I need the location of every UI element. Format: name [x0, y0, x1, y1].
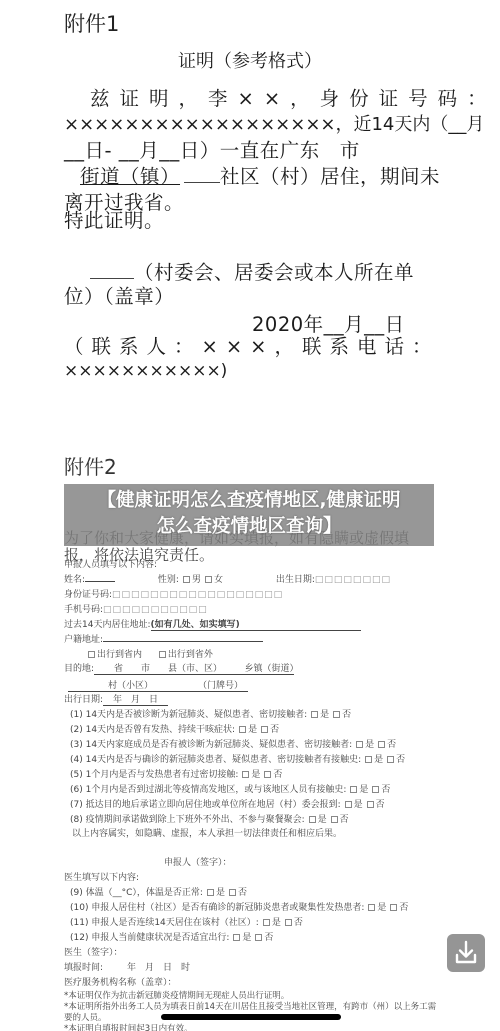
- no-checkbox[interactable]: [390, 904, 397, 911]
- question-text: (11) 申报人是否连续14天居住在该村（社区）:: [70, 918, 259, 928]
- no-label: 否: [342, 710, 351, 720]
- yes-label: 是: [365, 740, 374, 750]
- no-checkbox[interactable]: [378, 741, 385, 748]
- yes-label: 是: [216, 888, 225, 898]
- article-title-line-2: 怎么查疫情地区查询】: [64, 514, 434, 540]
- contact-line: （联系人：×××，联系电话：: [64, 334, 440, 360]
- attachment2-heading: 附件2: [64, 451, 117, 480]
- question-6: (6) 1个月内是否到过湖北等疫情高发地区，或与该地区人员有接触史:是否: [70, 782, 390, 795]
- no-label: 否: [264, 933, 273, 943]
- question-8: (8) 疫情期间承诺做到除上下班外不外出、不参与聚餐聚会:是否: [70, 812, 349, 825]
- no-label: 否: [381, 785, 390, 795]
- name-row: 姓名: 性别:男女 出生日期:□□□□□□□□: [64, 572, 391, 585]
- yes-label: 是: [320, 710, 329, 720]
- no-label: 否: [294, 918, 303, 928]
- no-checkbox[interactable]: [264, 771, 271, 778]
- depart-parts: 年 月 日: [103, 692, 168, 706]
- id-label: 身份证号码:: [64, 590, 112, 600]
- id-boxes: □□□□□□□□□□□□□□□□□□: [112, 590, 283, 600]
- cert-line-6: 特此证明。: [64, 208, 164, 234]
- attachment1-title: 证明（参考格式）: [0, 47, 500, 73]
- doctor-section-label: 医生填写以下内容:: [64, 870, 139, 883]
- id-row: 身份证号码:□□□□□□□□□□□□□□□□□□: [64, 587, 283, 600]
- yes-checkbox[interactable]: [345, 801, 352, 808]
- birth-boxes: □□□□□□□□: [315, 575, 391, 585]
- destination-label: 目的地:: [64, 664, 94, 674]
- signature-text: （村委会、居委会或本人所在单: [134, 261, 414, 284]
- in-province-checkbox[interactable]: [88, 651, 95, 658]
- question-4: (4) 14天内是否与确诊的新冠肺炎患者、疑似患者、密切接触者有接触史:是否: [70, 752, 405, 765]
- birth-label: 出生日期:: [276, 575, 315, 585]
- no-checkbox[interactable]: [367, 801, 374, 808]
- no-checkbox[interactable]: [229, 889, 236, 896]
- question-10: (10) 申报人居住村（社区）是否有确诊的新冠肺炎患者或聚集性发热患者:是否: [70, 900, 408, 913]
- institution-row: 医疗服务机构名称（盖章）：: [64, 975, 177, 988]
- phone-label: 手机号码:: [64, 605, 103, 615]
- no-label: 否: [273, 770, 282, 780]
- question-text: (12) 申报人当前健康状况是否适宜出行:: [70, 933, 229, 943]
- village-row: 村（小区） （门牌号）: [68, 678, 248, 692]
- question-3: (3) 14天内家庭成员是否有被诊断为新冠肺炎、疑似患者、密切接触者:是否: [70, 737, 396, 750]
- male-checkbox[interactable]: [183, 576, 190, 583]
- household-label: 户籍地址:: [64, 635, 103, 645]
- home-indicator[interactable]: [161, 1014, 341, 1020]
- no-checkbox[interactable]: [255, 934, 262, 941]
- question-7: (7) 抵达目的地后承诺立即向居住地或单位所在地居（村）委会报到:是否: [70, 797, 385, 810]
- travel-row: 出行到省内 出行到省外: [84, 647, 213, 660]
- no-label: 否: [270, 725, 279, 735]
- no-checkbox[interactable]: [333, 711, 340, 718]
- no-checkbox[interactable]: [387, 756, 394, 763]
- yes-label: 是: [377, 903, 386, 913]
- yes-checkbox[interactable]: [365, 756, 372, 763]
- depart-label: 出行日期:: [64, 695, 103, 705]
- contact-phone: ×××××××××××): [64, 358, 227, 384]
- fill-time-row: 填报时间:年 月 日 时: [64, 960, 190, 973]
- yes-checkbox[interactable]: [239, 726, 246, 733]
- question-text: (4) 14天内是否与确诊的新冠肺炎患者、疑似患者、密切接触者有接触史:: [70, 755, 361, 765]
- no-label: 否: [376, 800, 385, 810]
- name-label: 姓名:: [64, 575, 85, 585]
- question-12: (12) 申报人当前健康状况是否适宜出行:是否: [70, 930, 273, 943]
- declaration-text: 以上内容属实，如隐瞒、虚报，本人承担一切法律责任和相应后果。: [72, 826, 342, 839]
- no-checkbox[interactable]: [261, 726, 268, 733]
- gender-label: 性别:: [158, 575, 179, 585]
- address14-hint: (如有几处、如实填写): [151, 617, 361, 631]
- fill-time-label: 填报时间:: [64, 963, 103, 973]
- applicant-section-label: 申报人员填写以下内容:: [64, 557, 157, 570]
- cert-line-4: 街道（镇）社区（村）居住，期间未: [64, 164, 440, 190]
- address14-label: 过去14天内居住地址:: [64, 620, 151, 630]
- signature-line: （村委会、居委会或本人所在单: [90, 260, 414, 286]
- no-label: 否: [387, 740, 396, 750]
- cert-line-1: 兹证明，李××，身份证号码：: [90, 86, 497, 112]
- address14-row: 过去14天内居住地址:(如有几处、如实填写): [64, 617, 361, 631]
- question-text: (10) 申报人居住村（社区）是否有确诊的新冠肺炎患者或聚集性发热患者:: [70, 903, 364, 913]
- yes-checkbox[interactable]: [368, 904, 375, 911]
- yes-label: 是: [354, 800, 363, 810]
- yes-checkbox[interactable]: [311, 711, 318, 718]
- declaration-form: 申报人员填写以下内容: 姓名: 性别:男女 出生日期:□□□□□□□□ 身份证号…: [64, 557, 444, 1007]
- out-province-label: 出行到省外: [168, 650, 213, 660]
- question-text: (6) 1个月内是否到过湖北等疫情高发地区，或与该地区人员有接触史:: [70, 785, 346, 795]
- no-checkbox[interactable]: [285, 919, 292, 926]
- question-text: (5) 1个月内是否与发热患者有过密切接触:: [70, 770, 238, 780]
- depart-row: 出行日期:年 月 日: [64, 692, 168, 706]
- attachment1-body: 兹证明，李××，身份证号码： ××××××××××××××××××，近14天内（…: [64, 86, 436, 446]
- question-text: (1) 14天内是否被诊断为新冠肺炎、疑似患者、密切接触者:: [70, 710, 307, 720]
- question-text: (7) 抵达目的地后承诺立即向居住地或单位所在地居（村）委会报到:: [70, 800, 341, 810]
- doctor-signature: 医生（签字）：: [64, 945, 123, 958]
- no-label: 否: [340, 815, 349, 825]
- download-button[interactable]: [447, 934, 485, 972]
- question-text: (2) 14天内是否曾有发热、持续干咳症状:: [70, 725, 235, 735]
- street-town: 街道（镇）: [64, 165, 184, 188]
- in-province-label: 出行到省内: [97, 650, 142, 660]
- article-title-line-1: 【健康证明怎么查疫情地区,健康证明: [64, 488, 434, 514]
- article-title-overlay: 【健康证明怎么查疫情地区,健康证明 怎么查疫情地区查询】: [64, 484, 434, 546]
- no-label: 否: [396, 755, 405, 765]
- no-checkbox[interactable]: [372, 786, 379, 793]
- yes-checkbox[interactable]: [356, 741, 363, 748]
- household-row: 户籍地址:: [64, 632, 263, 645]
- male-label: 男: [192, 575, 201, 585]
- yes-checkbox[interactable]: [242, 771, 249, 778]
- note-4: *本证明自填报时间起3日内有效。: [64, 1022, 193, 1031]
- female-label: 女: [214, 575, 223, 585]
- yes-checkbox[interactable]: [263, 919, 270, 926]
- destination-row: 目的地:省 市 县（市、区） 乡镇（街道）: [64, 661, 294, 675]
- destination-parts: 省 市 县（市、区） 乡镇（街道）: [94, 661, 294, 675]
- question-text: (8) 疫情期间承诺做到除上下班外不外出、不参与聚餐聚会:: [70, 815, 305, 825]
- village-parts: 村（小区） （门牌号）: [68, 678, 248, 692]
- question-2: (2) 14天内是否曾有发热、持续干咳症状:是否: [70, 722, 279, 735]
- applicant-signature: 申报人（签字）：: [164, 855, 232, 868]
- community-text: 社区（村）居住，期间未: [220, 165, 440, 188]
- cert-line-2: ××××××××××××××××××，近14天内（__月: [64, 112, 484, 138]
- question-text: (3) 14天内家庭成员是否有被诊断为新冠肺炎、疑似患者、密切接触者:: [70, 740, 352, 750]
- signature-line-2: 位）（盖章）: [64, 284, 174, 310]
- download-icon: [447, 934, 485, 972]
- yes-checkbox[interactable]: [233, 934, 240, 941]
- no-label: 否: [399, 903, 408, 913]
- yes-label: 是: [251, 770, 260, 780]
- cert-line-3: __日- __月__日）一直在广东 市: [64, 138, 360, 164]
- phone-row: 手机号码:□□□□□□□□□□□: [64, 602, 208, 615]
- no-label: 否: [238, 888, 247, 898]
- question-11: (11) 申报人是否连续14天居住在该村（社区）:是否: [70, 915, 303, 928]
- yes-checkbox[interactable]: [350, 786, 357, 793]
- note-2: *本证明所指外出务工人员为填表日前14天在川居住且接受当地社区管理，有跨市（州）…: [64, 1000, 436, 1012]
- question-text: (9) 体温（__°C），体温是否正常:: [70, 888, 203, 898]
- question-1: (1) 14天内是否被诊断为新冠肺炎、疑似患者、密切接触者:是否: [70, 707, 351, 720]
- female-checkbox[interactable]: [205, 576, 212, 583]
- attachment1-heading: 附件1: [64, 8, 119, 38]
- question-9: (9) 体温（__°C），体温是否正常:是否: [70, 885, 247, 898]
- question-5: (5) 1个月内是否与发热患者有过密切接触:是否: [70, 767, 282, 780]
- yes-label: 是: [359, 785, 368, 795]
- no-checkbox[interactable]: [331, 816, 338, 823]
- yes-label: 是: [318, 815, 327, 825]
- yes-label: 是: [272, 918, 281, 928]
- yes-checkbox[interactable]: [207, 889, 214, 896]
- phone-boxes: □□□□□□□□□□□: [103, 605, 208, 615]
- yes-label: 是: [374, 755, 383, 765]
- yes-label: 是: [242, 933, 251, 943]
- article-title: 【健康证明怎么查疫情地区,健康证明 怎么查疫情地区查询】: [64, 488, 434, 540]
- out-province-checkbox[interactable]: [159, 651, 166, 658]
- yes-checkbox[interactable]: [309, 816, 316, 823]
- fill-time-parts: 年 月 日 时: [127, 963, 190, 973]
- yes-label: 是: [248, 725, 257, 735]
